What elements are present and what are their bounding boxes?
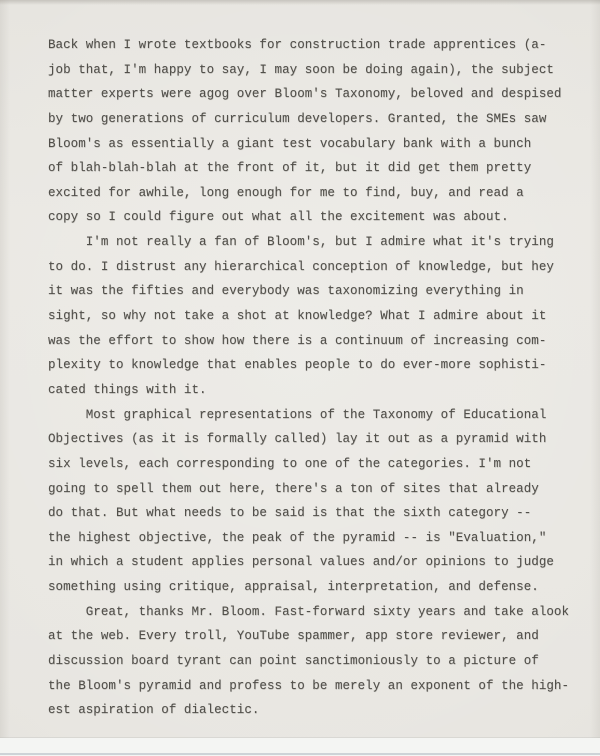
text-line: going to spell them out here, there's a … — [48, 477, 588, 502]
text-line: Bloom's as essentially a giant test voca… — [48, 132, 588, 157]
typed-text-block: Back when I wrote textbooks for construc… — [48, 33, 588, 723]
text-line: at the web. Every troll, YouTube spammer… — [48, 624, 588, 649]
text-line: plexity to knowledge that enables people… — [48, 353, 588, 378]
page-top-shadow — [0, 0, 600, 5]
page-bottom-edge — [0, 738, 600, 756]
text-line: of blah-blah-blah at the front of it, bu… — [48, 156, 588, 181]
text-line: job that, I'm happy to say, I may soon b… — [48, 58, 588, 83]
text-line: to do. I distrust any hierarchical conce… — [48, 255, 588, 280]
text-line: it was the fifties and everybody was tax… — [48, 279, 588, 304]
text-line: six levels, each corresponding to one of… — [48, 452, 588, 477]
page-left-shadow — [0, 0, 10, 756]
text-line: copy so I could figure out what all the … — [48, 205, 588, 230]
text-line: est aspiration of dialectic. — [48, 698, 588, 723]
paper-page: Back when I wrote textbooks for construc… — [0, 0, 600, 756]
text-line: sight, so why not take a shot at knowled… — [48, 304, 588, 329]
text-line: was the effort to show how there is a co… — [48, 329, 588, 354]
text-line: matter experts were agog over Bloom's Ta… — [48, 82, 588, 107]
text-line: discussion board tyrant can point sancti… — [48, 649, 588, 674]
text-line: Great, thanks Mr. Bloom. Fast-forward si… — [48, 600, 588, 625]
page-right-shadow — [590, 0, 600, 756]
text-line: I'm not really a fan of Bloom's, but I a… — [48, 230, 588, 255]
text-line: Back when I wrote textbooks for construc… — [48, 33, 588, 58]
text-line: something using critique, appraisal, int… — [48, 575, 588, 600]
text-line: the highest objective, the peak of the p… — [48, 526, 588, 551]
text-line: Objectives (as it is formally called) la… — [48, 427, 588, 452]
text-line: the Bloom's pyramid and profess to be me… — [48, 674, 588, 699]
text-line: cated things with it. — [48, 378, 588, 403]
text-line: in which a student applies personal valu… — [48, 550, 588, 575]
text-line: by two generations of curriculum develop… — [48, 107, 588, 132]
text-line: excited for awhile, long enough for me t… — [48, 181, 588, 206]
text-line: do that. But what needs to be said is th… — [48, 501, 588, 526]
text-line: Most graphical representations of the Ta… — [48, 403, 588, 428]
